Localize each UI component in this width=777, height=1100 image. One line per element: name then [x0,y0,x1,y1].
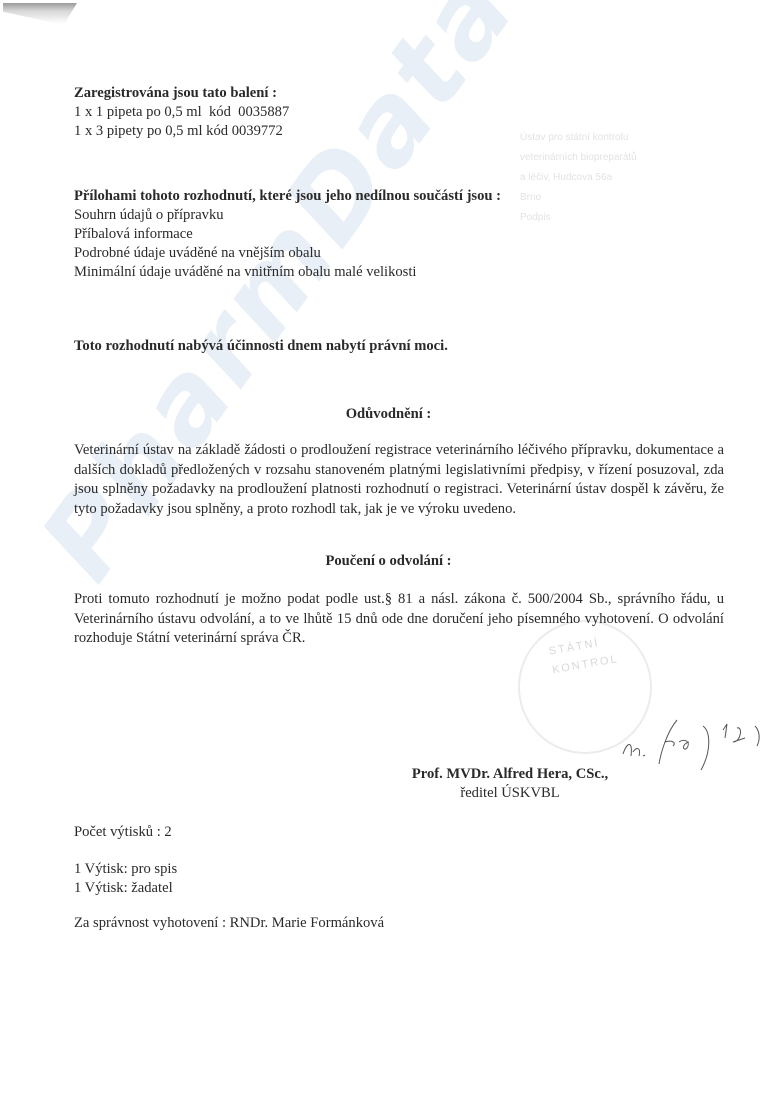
copies-list: 1 Výtisk: pro spis 1 Výtisk: žadatel [74,860,177,898]
attachment-item: Podrobné údaje uváděné na vnějším obalu [74,244,501,263]
faint-line: veterinárních biopreparátů [520,148,750,168]
faint-line: Ústav pro státní kontrolu [520,128,750,148]
faint-line: Brno [520,188,750,208]
justification-heading: Odůvodnění : [0,405,777,424]
attachment-item: Minimální údaje uváděné na vnitřním obal… [74,263,501,282]
appeal-heading: Poučení o odvolání : [0,552,777,571]
copy-item: 1 Výtisk: žadatel [74,879,177,898]
handwritten-signature [615,712,765,772]
justification-paragraph: Veterinární ústav na základě žádosti o p… [74,441,724,519]
appeal-text: Proti tomuto rozhodnutí je možno podat p… [74,590,724,649]
signer-title: ředitel ÚSKVBL [400,784,620,803]
package-item: 1 x 1 pipeta po 0,5 ml kód 0035887 [74,103,289,122]
faint-line: Podpis [520,208,750,228]
signer-name: Prof. MVDr. Alfred Hera, CSc., [400,765,620,784]
attachments-heading: Přílohami tohoto rozhodnutí, které jsou … [74,187,501,206]
packages-heading: Zaregistrována jsou tato balení : [74,84,289,103]
correctness-line: Za správnost vyhotovení : RNDr. Marie Fo… [74,914,384,933]
attachments-section: Přílohami tohoto rozhodnutí, které jsou … [74,187,501,282]
copy-item: 1 Výtisk: pro spis [74,860,177,879]
packages-section: Zaregistrována jsou tato balení : 1 x 1 … [74,84,289,141]
effect-statement: Toto rozhodnutí nabývá účinnosti dnem na… [74,337,448,356]
faint-line: a léčiv, Hudcova 56a [520,168,750,188]
attachment-item: Příbalová informace [74,225,501,244]
copies-count: Počet výtisků : 2 [74,823,172,842]
signer-block: Prof. MVDr. Alfred Hera, CSc., ředitel Ú… [400,765,620,803]
faint-bleedthrough-stamp: Ústav pro státní kontrolu veterinárních … [520,128,750,228]
attachment-item: Souhrn údajů o přípravku [74,206,501,225]
scanned-page-corner-fold [3,3,77,25]
appeal-paragraph: Proti tomuto rozhodnutí je možno podat p… [74,590,724,649]
justification-text: Veterinární ústav na základě žádosti o p… [74,441,724,519]
package-item: 1 x 3 pipety po 0,5 ml kód 0039772 [74,122,289,141]
